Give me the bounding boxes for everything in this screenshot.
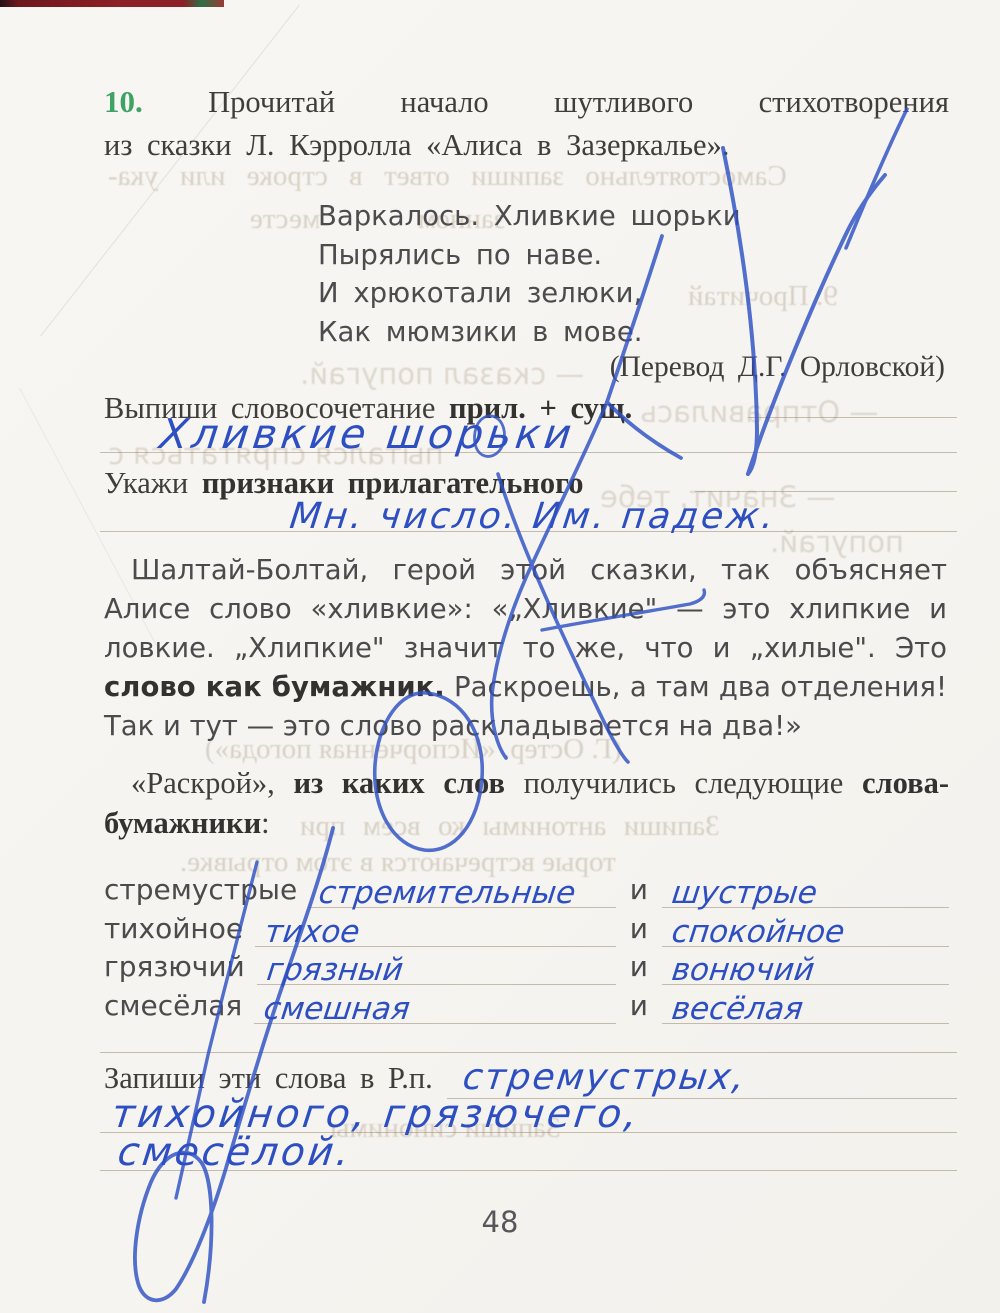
portmanteau-word: стремустрые [104,873,297,908]
poem-line: И хрюкотали зелюки, [318,274,741,313]
conjunction-and: и [630,989,648,1024]
portmanteau-word: тихойное [104,912,243,947]
handwritten-answer: грязный [265,952,405,988]
task-text: получились следующие [505,766,862,800]
bleed-through-text: — Отправилась [640,395,878,429]
conjunction-and: и [630,950,648,985]
handwritten-answer: тихое [263,914,362,950]
handwritten-answer: весёлая [670,991,805,1027]
scan-edge-artifact [0,0,224,7]
handwritten-answer-signs: Мн. число. Им. падеж. [287,496,778,537]
handwritten-answer-phrase: Хливкие шорьки [157,410,578,458]
exercise-header-line2: из сказки Л. Кэрролла «Алиса в Зазеркаль… [104,128,949,163]
handwritten-answer: стремительные [317,875,578,911]
explanation-paragraph: Шалтай-Болтай, герой этой сказки, так об… [104,551,947,746]
poem-attribution: (Перевод Д.Г. Орловской) [420,351,945,384]
exercise-header-line1: 10. Прочитай начало шутливого стихотворе… [104,84,949,120]
poem-line: Пырялись по наве. [318,236,741,275]
word-pair-row: грязючий грязный и вонючий [104,947,949,986]
exercise-instruction: Прочитай начало шутливого стихотворения [208,85,949,119]
task-text: «Раскрой», [131,766,293,800]
ruled-line [695,491,957,492]
poem-block: Варкалось. Хливкие шорьки Пырялись по на… [318,197,741,351]
handwritten-answer: смесёлой. [115,1130,354,1175]
handwritten-answer: смешная [262,991,412,1027]
word-pairs-block: стремустрые стремительные и шустрые тихо… [104,869,949,1024]
word-pair-row: смесёлая смешная и весёлая [104,985,949,1024]
answer-line: шустрые [662,869,949,908]
answer-line: смешная [254,985,616,1024]
task-text-bold: из каких слов [293,766,505,800]
bleed-through-text: Самостоятельно запиши ответ в строке или… [108,160,787,193]
answer-line: весёлая [662,985,949,1024]
word-pair-row: стремустрые стремительные и шустрые [104,869,949,908]
task-text: Укажи [104,466,202,500]
conjunction-and: и [630,912,648,947]
answer-line: стремительные [309,869,616,908]
poem-line: Варкалось. Хливкие шорьки [318,197,741,236]
poem-line: Как мюмзики в мове. [318,313,741,352]
task-unfold-words: «Раскрой», из каких слов получились след… [104,763,949,843]
task-text-bold: признаки прилагательного [202,466,584,500]
handwritten-answer: шустрые [670,875,819,911]
answer-line: тихое [255,908,616,947]
answer-line: грязный [257,946,616,985]
handwritten-answer: спокойное [670,914,847,950]
ruled-line [748,417,957,418]
exercise-number: 10. [104,84,143,119]
word-pair-row: тихойное тихое и спокойное [104,908,949,947]
workbook-page-scan: Самостоятельно запиши ответ в строке или… [0,0,1000,1313]
page-number: 48 [0,1205,1000,1239]
answer-line: вонючий [662,946,949,985]
ruled-line [100,1052,957,1053]
conjunction-and: и [630,873,648,908]
paragraph-text-bold: слово как бумажник. [104,671,445,703]
portmanteau-word: грязючий [104,950,245,985]
portmanteau-word: смесёлая [104,989,242,1024]
paragraph-text: Шалтай-Болтай, герой этой сказки, так об… [104,554,947,664]
task-text: : [261,806,269,840]
answer-line: спокойное [662,908,949,947]
handwritten-answer: вонючий [670,952,817,988]
pen-check-stroke [748,175,885,474]
